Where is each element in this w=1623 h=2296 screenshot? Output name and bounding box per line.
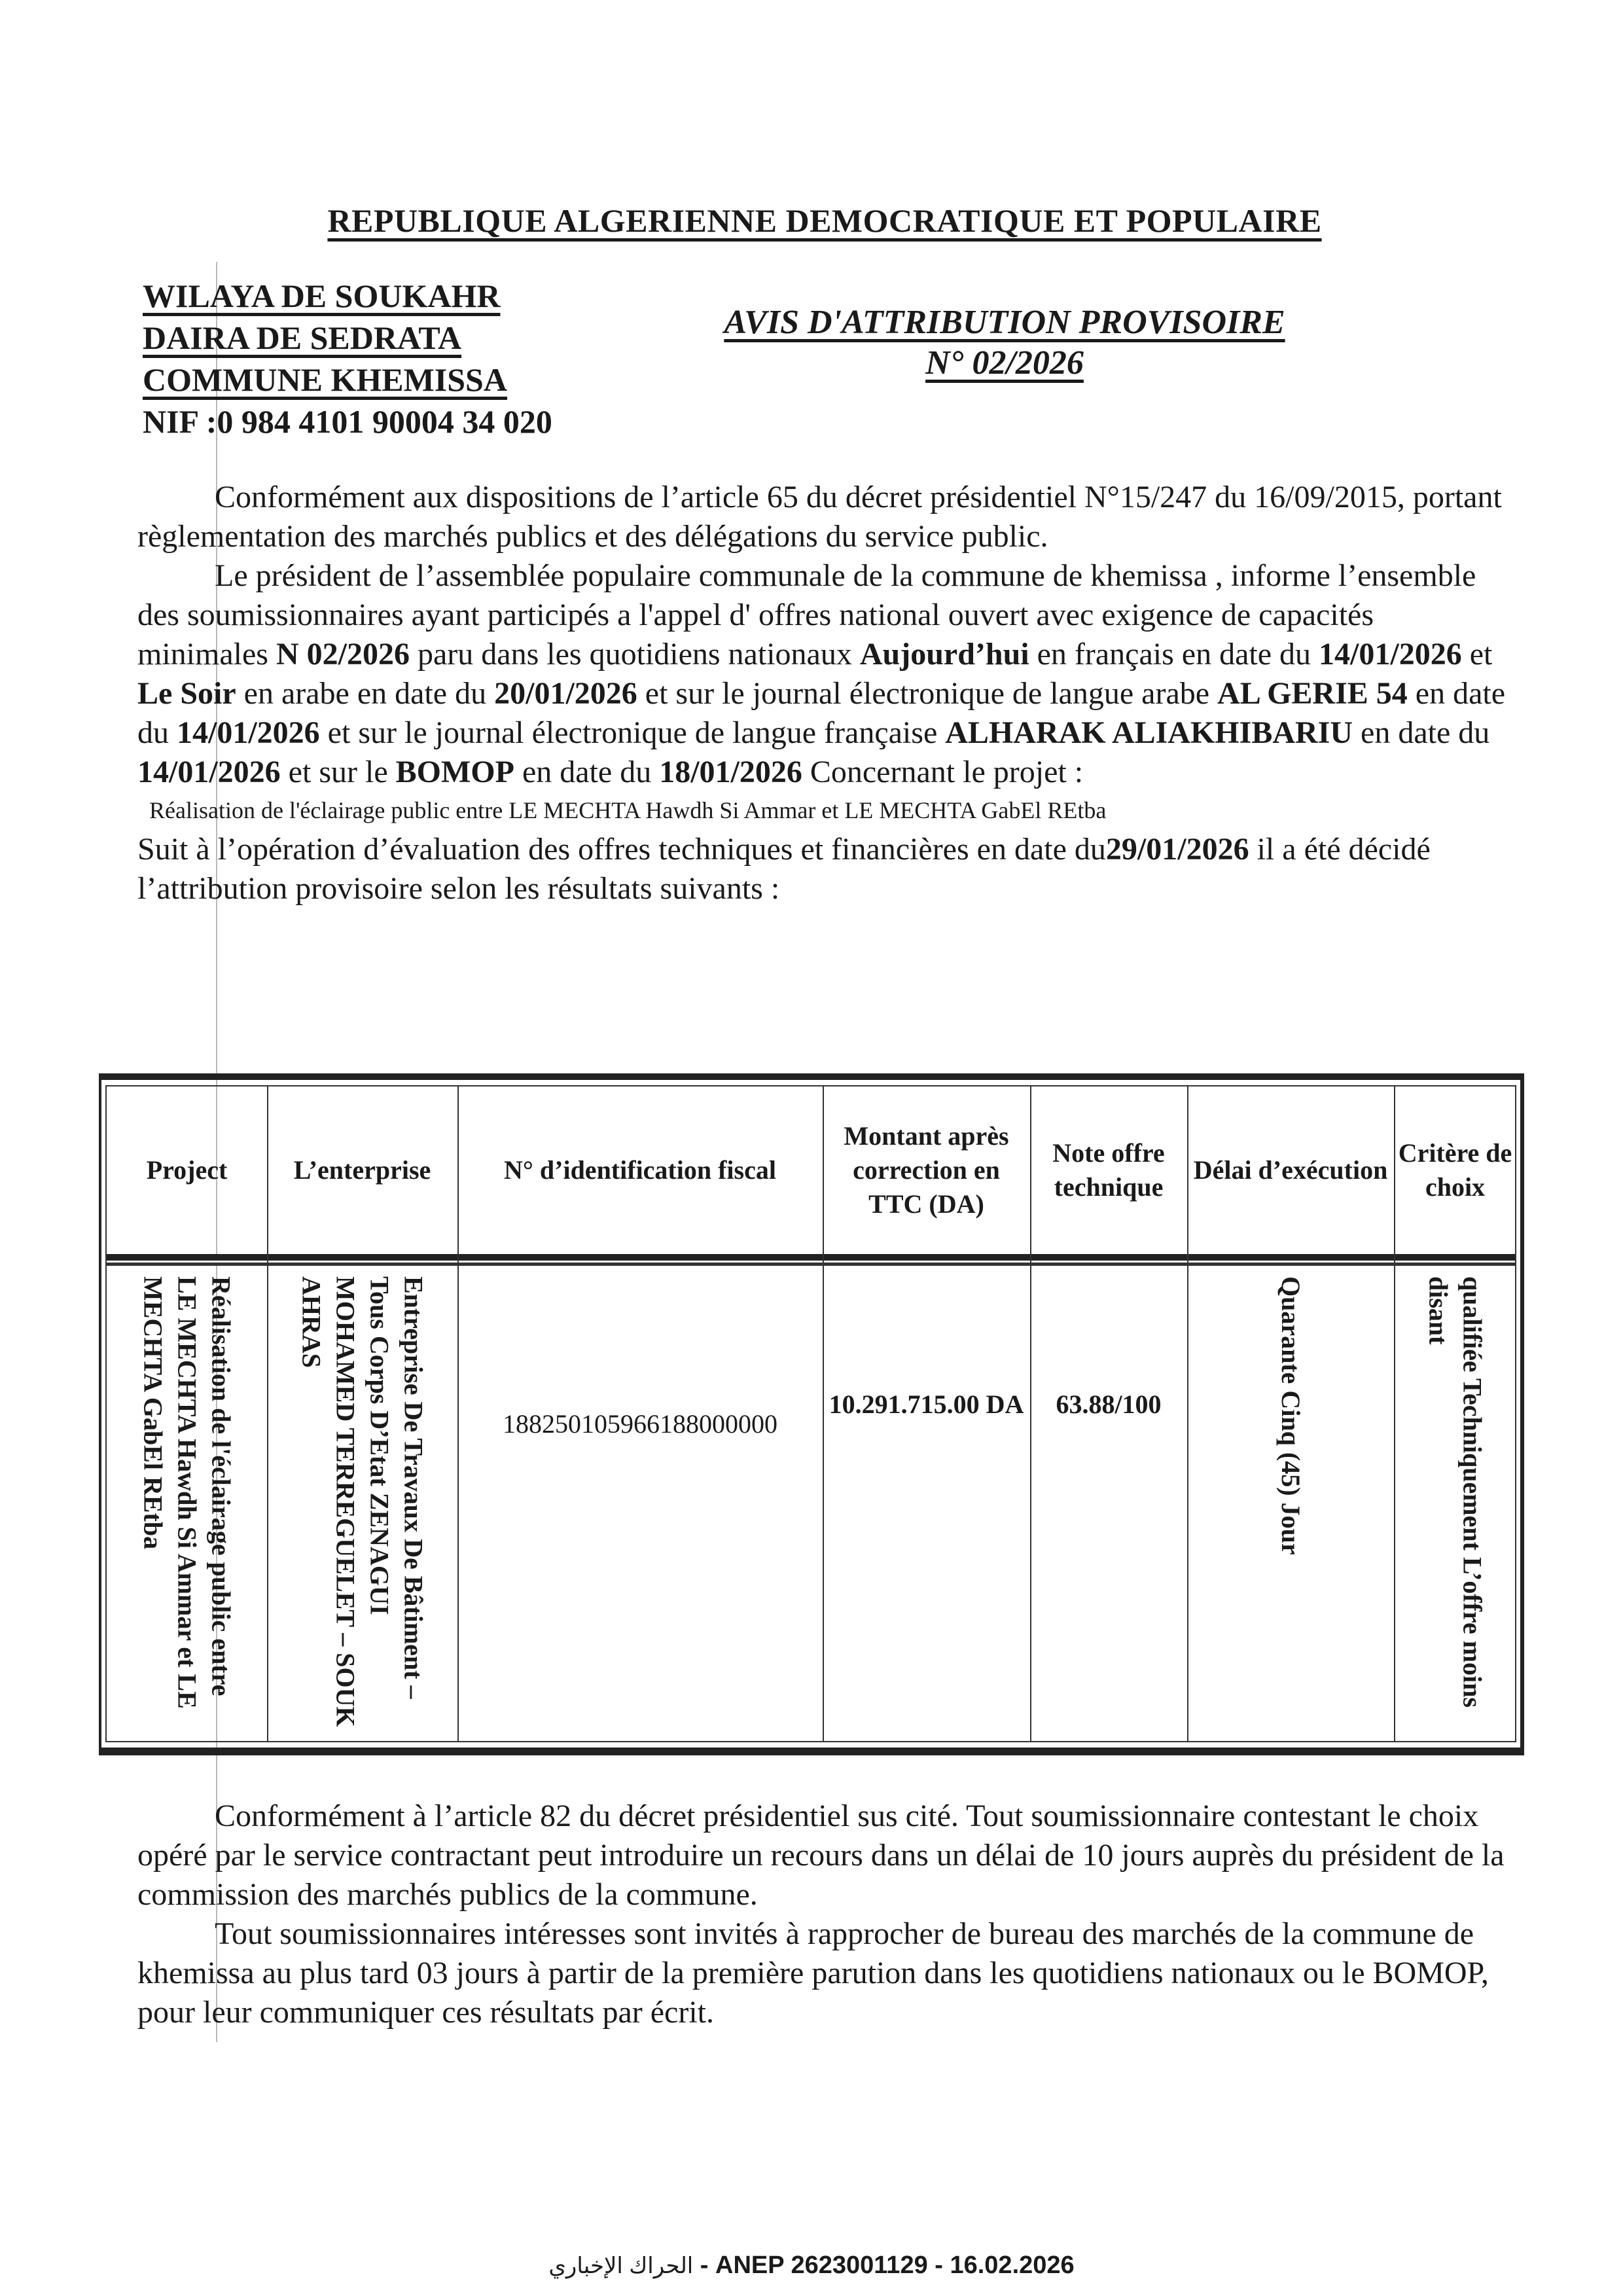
cell-score: 63.88/100: [1034, 1270, 1183, 1741]
project-title-line: Réalisation de l'éclairage public entre …: [137, 795, 1512, 826]
cell-criterion: qualifiée Techniquement L’offre moins di…: [1398, 1270, 1512, 1741]
footer-arabic-newspaper: الحراك الإخباري: [548, 2253, 693, 2278]
column-divider: [1187, 1086, 1188, 1741]
notice-title: AVIS D'ATTRIBUTION PROVISOIRE: [694, 302, 1315, 343]
tender-ref: N 02/2026: [276, 637, 410, 672]
press-le-soir: Le Soir: [137, 676, 236, 711]
cell-enterprise: Entreprise De Travaux De Bâtiment – Tous…: [271, 1270, 454, 1741]
header-nif: N° d’identification fiscal: [461, 1086, 819, 1254]
press-algerie54: AL GERIE 54: [1217, 676, 1408, 711]
cell-project: Réalisation de l'éclairage public entre …: [111, 1270, 263, 1741]
results-table-inner: ProjectL’enterpriseN° d’identification f…: [105, 1085, 1516, 1742]
publication-footer: الحراك الإخباري - ANEP 2623001129 - 16.0…: [0, 2251, 1623, 2280]
nif-label: NIF :0 984 4101 90004 34 020: [143, 401, 552, 442]
appeal-paragraph: Conformément à l’article 82 du décret pr…: [137, 1797, 1512, 1914]
contact-paragraph: Tout soumissionnaires intéresses sont in…: [137, 1914, 1512, 2032]
cell-amount: 10.291.715.00 DA: [827, 1270, 1026, 1741]
press-bomop: BOMOP: [396, 755, 514, 789]
evaluation-paragraph: Suit à l’opération d’évaluation des offr…: [137, 830, 1512, 908]
administration-block: WILAYA DE SOUKAHR DAIRA DE SEDRATA COMMU…: [143, 275, 552, 442]
column-divider: [1030, 1086, 1031, 1741]
closing-section: Conformément à l’article 82 du décret pr…: [137, 1797, 1512, 2032]
results-table: ProjectL’enterpriseN° d’identification f…: [99, 1073, 1524, 1755]
header-criterion: Critère de choix: [1398, 1086, 1512, 1254]
wilaya-label: WILAYA DE SOUKAHR: [143, 275, 552, 317]
commune-label: COMMUNE KHEMISSA: [143, 359, 552, 401]
column-divider: [267, 1086, 268, 1741]
header-score: Note offre technique: [1034, 1086, 1183, 1254]
header-amount: Montant après correction en TTC (DA): [827, 1086, 1026, 1254]
publication-paragraph: Le président de l’assemblée populaire co…: [137, 556, 1512, 792]
column-divider: [457, 1086, 459, 1741]
header-delay: Délai d’exécution: [1191, 1086, 1390, 1254]
legal-basis-paragraph: Conformément aux dispositions de l’artic…: [137, 478, 1512, 556]
header-enterprise: L’enterprise: [271, 1086, 454, 1254]
column-divider: [823, 1086, 824, 1741]
cell-delay: Quarante Cinq (45) Jour: [1191, 1270, 1390, 1741]
daira-label: DAIRA DE SEDRATA: [143, 317, 552, 359]
cell-nif: 188250105966188000000: [461, 1270, 819, 1741]
press-alharak: ALHARAK ALIAKHIBARIU: [945, 715, 1353, 750]
footer-anep-reference: - ANEP 2623001129 - 16.02.2026: [693, 2251, 1074, 2279]
press-aujourdhui: Aujourd’hui: [860, 637, 1029, 672]
header-separator: [107, 1254, 1515, 1263]
column-divider: [1394, 1086, 1395, 1741]
header-project: Project: [111, 1086, 263, 1254]
intro-section: Conformément aux dispositions de l’artic…: [137, 478, 1512, 908]
notice-heading: AVIS D'ATTRIBUTION PROVISOIRE N° 02/2026: [694, 302, 1315, 384]
notice-number: N° 02/2026: [925, 343, 1084, 384]
republic-title: REPUBLIQUE ALGERIENNE DEMOCRATIQUE ET PO…: [275, 202, 1374, 240]
